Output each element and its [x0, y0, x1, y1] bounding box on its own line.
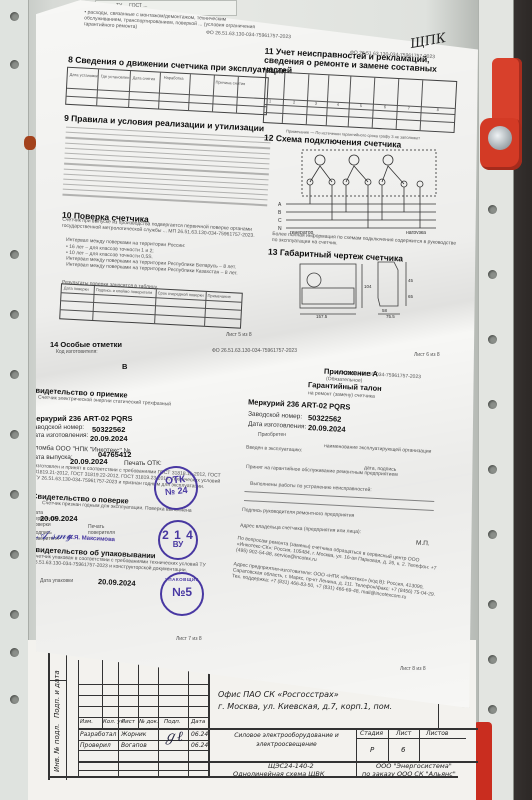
s8-h3: Наработка	[164, 75, 184, 81]
rail-hole	[10, 695, 19, 704]
rail-hole	[10, 310, 19, 319]
warranty-model: Меркурий 236 ART-02 PQRS	[248, 397, 351, 411]
section-11-table: 1 2 3 4 5 6 7 8	[263, 71, 457, 133]
rail-hole	[488, 465, 497, 474]
rail-hole	[488, 655, 497, 664]
dim-height: 104	[364, 284, 372, 289]
page-5: Лист 5 из 8	[226, 332, 252, 338]
s11-n4: 4	[337, 102, 339, 107]
rail-hole	[10, 250, 19, 259]
rail-hole	[10, 370, 19, 379]
rail-hole	[10, 430, 19, 439]
warranty-serial: 50322562	[308, 413, 342, 424]
section-14-sub: Код изготовителя:	[56, 349, 98, 355]
designer-signature: ℊℓ	[163, 726, 183, 746]
phase-c: C	[278, 218, 282, 224]
s8-h4: Причина снятия	[215, 80, 245, 87]
sheet-value: 6	[401, 746, 405, 754]
col-doc: № док.	[139, 719, 159, 725]
s8-h2: Дата снятия	[133, 75, 156, 81]
s11-n1: 1	[269, 98, 271, 103]
verification-stamp-label: Печать поверителя	[88, 524, 122, 536]
letter-v: В	[122, 362, 127, 371]
rail-hole	[488, 270, 497, 279]
verifier-name: А.Я. Максимова	[68, 535, 115, 543]
warranty-mfg-label: Дата изготовления:	[248, 420, 307, 430]
packer-stamp-line2: №5	[162, 585, 202, 599]
rail-hole	[488, 205, 497, 214]
page-8: Лист 8 из 8	[400, 666, 426, 672]
object-line-1: Офис ПАО СК «Росгосстрах»	[218, 690, 339, 699]
name-developed: Жорник	[121, 731, 146, 738]
dim-side-1: 65	[408, 294, 414, 299]
col-date: Дата	[191, 719, 205, 725]
load-label: нагрузка	[406, 230, 426, 234]
rail-hole	[488, 705, 497, 714]
doc-code: ФО 26.51.63.130-034-75961757-2023	[206, 30, 291, 40]
owner-address-label: Адрес владельца счетчика (предприятия ил…	[240, 523, 361, 535]
drawing-name: Однолинейная схема ЩВК	[233, 770, 324, 778]
dim-width: 157,5	[316, 314, 328, 318]
sheet-label: Лист	[396, 730, 411, 737]
page-6: Лист 6 из 8	[414, 352, 440, 358]
commissioned-label: Введен в эксплуатацию:	[246, 445, 303, 454]
screw-icon	[488, 126, 512, 150]
red-door-lock[interactable]	[480, 58, 526, 178]
sheets-label: Листов	[426, 730, 448, 737]
role-developed: Разработал	[80, 731, 116, 738]
col-list: Лист	[121, 719, 135, 725]
name-checked: Вогапов	[121, 742, 147, 749]
release-label: Дата выпуска:	[30, 454, 73, 461]
rail-hole	[10, 60, 19, 69]
acceptance-model: Меркурий 236 ART-02 PQRS	[30, 414, 133, 423]
rail-hole	[488, 335, 497, 344]
rail-hole	[488, 530, 497, 539]
drawing-code: ЩЭС24-140-2	[268, 762, 314, 770]
section-8-table: Дата установки Где установлен Дата сняти…	[65, 67, 269, 116]
page-7: Лист 7 из 8	[176, 636, 202, 642]
rail-hole	[10, 550, 19, 559]
mp-label: М.П.	[416, 540, 430, 548]
s11-n8: 8	[437, 107, 439, 112]
s8-h0: Дата установки	[70, 72, 99, 78]
section-10-table: Дата поверки Подпись и клеймо поверителя…	[59, 283, 243, 328]
phase-b: B	[278, 210, 282, 216]
acceptance-serial-label: Заводской номер:	[30, 424, 84, 431]
section-14-title: 14 Особые отметки	[50, 340, 122, 349]
s11-n5: 5	[360, 103, 362, 108]
wiring-diagram: A B C N генератор нагрузка	[276, 146, 446, 234]
side-label-sign-date: Подп. и дата	[53, 670, 61, 718]
client-name: по заказу ООО СК "Альянс"	[362, 770, 456, 778]
packing-date: 20.09.2024	[98, 577, 136, 588]
packing-date-label: Дата упаковки	[40, 578, 73, 584]
otk-label: Печать ОТК:	[124, 460, 162, 467]
dim-depth-total: 75,5	[386, 314, 395, 318]
dim-depth: 58	[382, 308, 388, 313]
date-developed: 06.24	[191, 731, 208, 738]
packer-stamp-line1: УПАКОВЩИК	[162, 577, 202, 582]
side-label-inventory: Инв. № подл.	[53, 724, 61, 772]
dim-side-2: 45	[408, 278, 414, 283]
acceptance-mfg-date: 20.09.2024	[90, 434, 128, 443]
col-sign: Подп.	[164, 719, 181, 725]
s11-n7: 7	[408, 106, 410, 111]
warranty-bought-label: Приобретен	[258, 432, 286, 438]
doc-code-2: ФО 26.51.63.130-034-75961757-2023	[212, 348, 297, 354]
stage-label: Стадия	[360, 730, 383, 737]
red-seal-dot	[24, 136, 36, 150]
part-title: Силовое электрооборудование и электроосв…	[224, 731, 349, 749]
acceptance-mfg-label: Дата изготовления:	[30, 432, 88, 439]
rail-hole	[488, 600, 497, 609]
s11-n2: 2	[293, 99, 295, 104]
company-name: ООО "Энергосистема"	[376, 762, 452, 770]
s10-h3: Примечание	[207, 293, 230, 299]
verification-stamp: 2 1 4 ВУ	[158, 520, 198, 560]
packer-stamp: УПАКОВЩИК №5	[160, 572, 204, 616]
s11-n6: 6	[384, 104, 386, 109]
section-9-text-lines	[62, 127, 271, 210]
date-checked: 06.24	[191, 742, 208, 749]
rail-hole	[10, 648, 19, 657]
dimension-drawing: 157,5 104 58 75,5 65 45	[298, 258, 428, 318]
meter-passport-sheet: • расходы, связанные с монтажом/демонтаж…	[36, 0, 478, 708]
photo-scene: ТУ ... ГОСТ ... Подп. и дата	[0, 0, 532, 800]
role-checked: Проверил	[80, 742, 111, 749]
rail-hole	[10, 490, 19, 499]
operating-org-label: наименование эксплуатирующей организации	[324, 443, 432, 455]
s11-n3: 3	[315, 101, 317, 106]
s8-h1: Где установлен	[101, 74, 130, 80]
warranty-mfg-date: 20.09.2024	[308, 423, 346, 434]
stage-value: Р	[370, 746, 374, 754]
col-izm: Изм.	[80, 719, 93, 725]
s10-h0: Дата поверки	[64, 285, 89, 291]
s10-h2: Срок очередной поверки	[158, 290, 204, 297]
section-10-text-0: Счетчик при выпуске из производства подв…	[62, 217, 262, 239]
acceptance-serial: 50322562	[92, 425, 125, 434]
warranty-serial-label: Заводской номер:	[248, 411, 302, 421]
phase-a: A	[278, 202, 282, 208]
rail-hole	[10, 12, 19, 21]
left-mounting-rail	[0, 0, 29, 800]
rail-hole	[10, 610, 19, 619]
rail-hole	[488, 400, 497, 409]
verification-date: 20.09.2024	[40, 514, 78, 523]
object-line-2: г. Москва, ул. Киевская, д.7, корп.1, по…	[218, 702, 392, 711]
